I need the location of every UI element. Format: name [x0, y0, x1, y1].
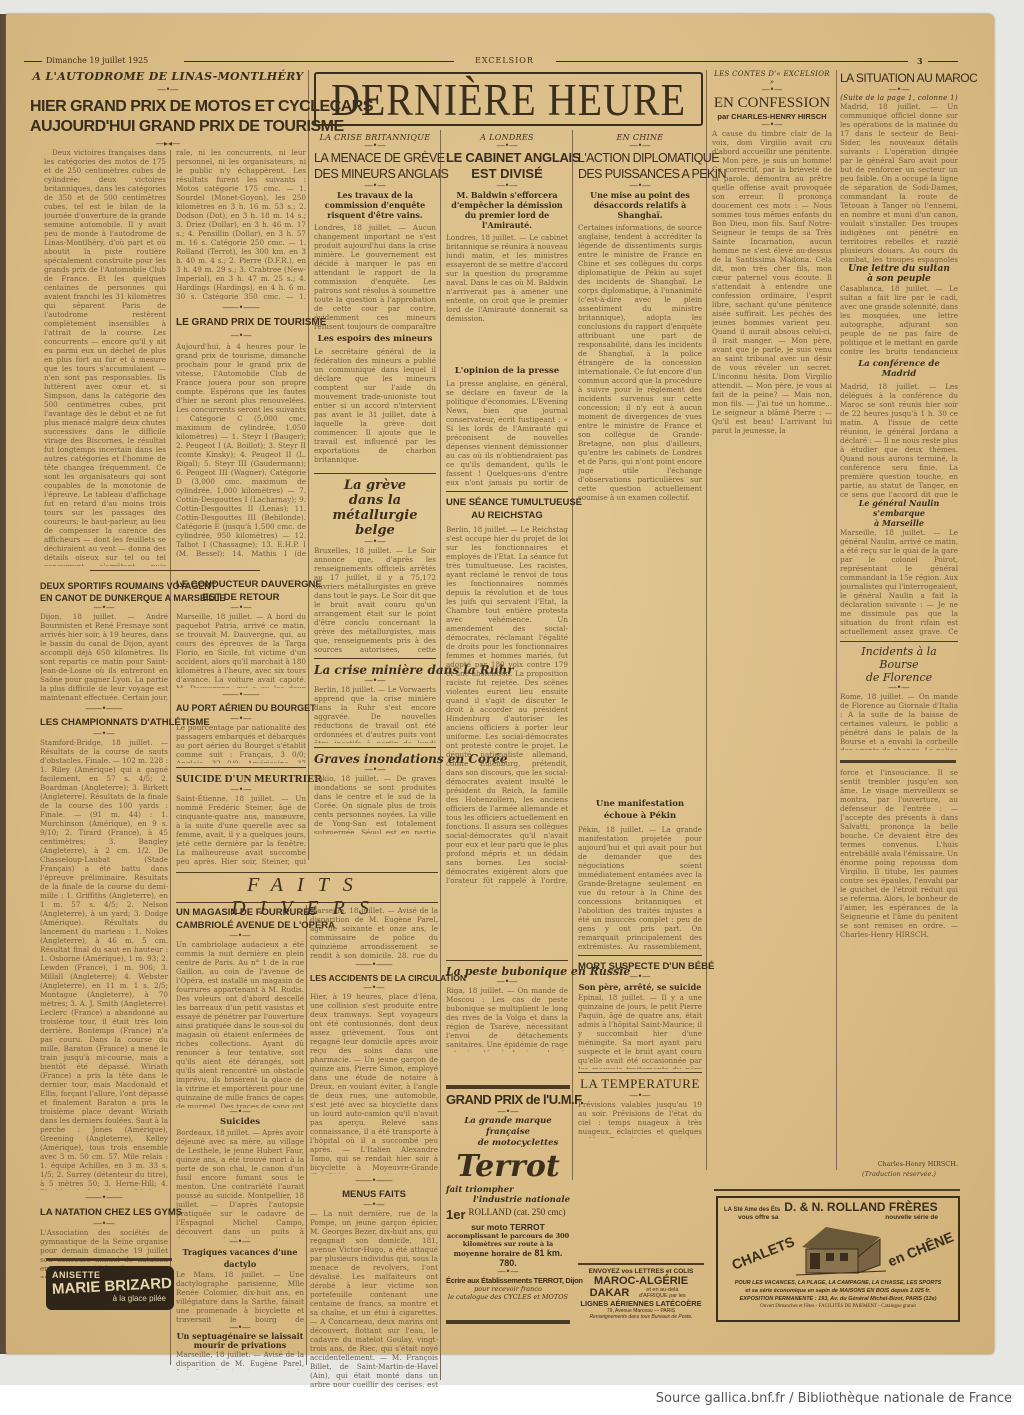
body-text: Un cambriolage audacieux a été commis la… — [176, 940, 304, 1108]
ornament: ――•―― — [310, 1177, 438, 1185]
section-rule — [578, 1072, 702, 1073]
ad-rule — [578, 1263, 704, 1265]
masthead-rule — [184, 61, 454, 62]
body-text: Aujourd'hui, à 4 heures pour le grand pr… — [176, 342, 306, 558]
body-text: Epinal, 18 juillet. — Il y a une quinzai… — [578, 993, 702, 1069]
headline: Graves inondations en Corée — [314, 752, 436, 766]
headline: UN MAGASIN DE FOURRURES — [176, 906, 304, 919]
masthead-paper-name: EXCELSIOR — [475, 56, 534, 65]
article-autodrome: A L'AUTODROME DE LINAS-MONTLHÉRY ―•― HIE… — [30, 70, 306, 151]
headline: LA MENACE DE GRÈVE — [314, 150, 436, 166]
section-rule — [176, 902, 438, 903]
masthead-rule — [928, 61, 958, 62]
ornament: ―•― — [446, 1268, 570, 1276]
ornament: ―•― — [446, 142, 568, 150]
subhead: La conférence de Madrid — [840, 359, 958, 379]
ornament: ―▸◂― — [30, 140, 306, 148]
ornament: ―•― — [176, 786, 306, 794]
headline: DES MINEURS ANGLAIS — [314, 166, 436, 182]
column-rule — [572, 130, 573, 1180]
ornament: ―•― — [30, 86, 306, 94]
body-text: Le pourcentage par nationalité des passa… — [176, 723, 306, 763]
headline: LE CABINET ANGLAIS — [446, 150, 568, 166]
ad-line: MAROC-ALGÉRIE — [578, 1275, 704, 1287]
article-chine: EN CHINE ―•― L'ACTION DIPLOMATIQUE DES P… — [578, 133, 702, 1138]
ad-brand-logo: Terrot — [446, 1149, 570, 1185]
body-text: Marseille, 18 juillet. — Avisé de la dis… — [310, 906, 438, 958]
article-maroc: LA SITUATION AU MAROC ―•― (Suite de la p… — [840, 70, 958, 750]
headline: LES CHAMPIONNATS D'ATHLÉTISME — [40, 716, 168, 730]
article-dauvergne: LE CONDUCTEUR DAUVERGNE EST DE RETOUR ―•… — [176, 578, 306, 866]
section-rule — [90, 570, 260, 571]
signature: Charles-Henry HIRSCH. — [840, 1160, 958, 1168]
subhead: Les espoirs des mineurs — [314, 333, 436, 345]
subhead: Une lettre du sultan — [840, 264, 958, 274]
ornament: ―•― — [310, 984, 438, 992]
ad-marie-brizard: ANISETTE MARIE BRIZARD à la glace pilée — [46, 1266, 174, 1310]
body-text: Dijon, 18 juillet. — André Bourmisten et… — [40, 612, 168, 702]
ad-line: sur moto TERROT — [446, 1222, 570, 1232]
article-confession: LES CONTES D'« EXCELSIOR » ―•― EN CONFES… — [712, 70, 832, 999]
headline: AUJOURD'HUI GRAND PRIX DE TOURISME — [30, 117, 306, 137]
section-rule — [176, 872, 438, 873]
section-rule — [578, 955, 702, 956]
ad-line: EXPOSITION PERMANENTE : 193, Av. du Géné… — [718, 1295, 958, 1303]
section-rule — [446, 960, 568, 961]
body-text: Marseille, 18 juillet. — A bord du paque… — [176, 612, 306, 688]
ornament: ――•―― — [176, 304, 306, 312]
ad-rule — [46, 1258, 172, 1261]
body-text: rale, ni les concurrents, ni leur person… — [176, 148, 306, 300]
ad-tagline: de motocyclettes — [446, 1138, 570, 1149]
ad-line: l'industrie nationale — [446, 1195, 570, 1205]
ad-line: ENVOYEZ vos LETTRES et COLIS — [578, 1268, 704, 1275]
section-rule — [446, 491, 568, 492]
ornament: ―•― — [176, 332, 306, 340]
ornament: ―•― — [712, 121, 832, 129]
ad-line: pour recevoir franco — [446, 1285, 570, 1293]
body-text: Hier, à 19 heures, place d'Iéna, une col… — [310, 992, 438, 1174]
ad-rank: 1er — [446, 1207, 466, 1222]
ornament: ―•― — [176, 715, 306, 723]
ornament: ――•―― — [40, 705, 168, 713]
section-rule — [314, 747, 436, 748]
headline: LA NATATION CHEZ LES GYMS — [40, 1206, 168, 1220]
ad-line: et sa série économique en sapin de MAISO… — [718, 1287, 958, 1295]
ornament: ―•― — [310, 1201, 438, 1209]
article-accidents: Marseille, 18 juillet. — Avisé de la dis… — [310, 906, 438, 1387]
body-text: Rome, 18 juillet. — On mande de Florence… — [840, 692, 958, 750]
subhead: Suicides — [176, 1116, 304, 1128]
body-text: Le secrétaire général de la fédération d… — [314, 347, 436, 469]
ad-chalets-rolland: LA Sté Ame des Éts D. & N. ROLLAND FRÈRE… — [716, 1196, 960, 1322]
ornament: ―•― — [40, 1220, 168, 1228]
ornament: ―•― — [40, 604, 168, 612]
article-greve-mineurs: LA CRISE BRITANNIQUE ―•― LA MENACE DE GR… — [314, 133, 436, 834]
headline: LA SITUATION AU MAROC — [840, 70, 958, 86]
headline: LE GRAND PRIX DE TOURISME — [176, 316, 306, 330]
body-text: Berlin, 18 juillet. — Le Vorwaerts appre… — [314, 685, 436, 743]
subhead: à Marseille — [840, 518, 958, 528]
body-text: La presse anglaise, en général, se décla… — [446, 379, 568, 487]
column-rule — [308, 70, 309, 860]
body-text: Marseille, 18 juillet. — Avisé de la dis… — [176, 1350, 304, 1370]
masthead-date: Dimanche 19 juillet 1925 — [46, 56, 148, 65]
ad-tagline: La grande marque française — [446, 1116, 570, 1138]
ornament: ―•― — [840, 684, 958, 692]
ad-title: GRAND PRIX de l'U.M.F. — [446, 1092, 570, 1108]
ad-line: vous offre sa — [738, 1214, 778, 1221]
section-rule — [314, 473, 436, 474]
ad-line: fait triompher — [446, 1185, 570, 1195]
article-fourrures: UN MAGASIN DE FOURRURES CAMBRIOLÉ AVENUE… — [176, 906, 304, 1370]
translation-note: (Traduction réservée.) — [840, 1170, 958, 1178]
body-text: Deux victoires françaises dans les catég… — [44, 148, 166, 566]
article-results: rale, ni les concurrents, ni leur person… — [176, 148, 306, 558]
ornament: ―•― — [176, 1108, 304, 1116]
column-rule — [306, 905, 307, 1365]
column-rule — [706, 70, 707, 1170]
ad-line: moyenne horaire de — [454, 1249, 532, 1258]
ad-line: Ouvert Dimanches et Fêtes - FACILITÉS DE… — [718, 1303, 958, 1311]
body-text: Casablanca, 18 juillet. — Le sultan a fa… — [840, 284, 958, 356]
banner-title: DERNIÈRE HEURE — [331, 72, 686, 126]
ad-rule — [714, 1189, 960, 1191]
deck: Une mise au point des désaccords relatif… — [578, 190, 702, 220]
ad-line: et en au-delà d'AFRIQUE par les — [632, 1287, 692, 1299]
ad-contact: Écrire aux Établissements TERROT, Dijon — [446, 1276, 570, 1285]
ornament: ――•―― — [310, 961, 438, 969]
body-text: Certaines informations, de source anglai… — [578, 223, 702, 795]
ornament: ―•― — [314, 766, 436, 774]
body-text: Bruxelles, 18 juillet. — Le Soir annonce… — [314, 546, 436, 654]
kicker: A L'AUTODROME DE LINAS-MONTLHÉRY — [30, 70, 306, 83]
section-rule — [840, 641, 958, 642]
subhead: L'opinion de la presse — [446, 365, 568, 377]
headline: La grève — [314, 478, 436, 493]
subhead: Un septuagénaire se laissait mourir de p… — [176, 1332, 304, 1350]
body-text: Madrid, 18 juillet. — Les délégués à la … — [840, 382, 958, 498]
ad-terrot: GRAND PRIX de l'U.M.F. ―•― La grande mar… — [446, 1092, 570, 1301]
body-text: Saint-Étienne, 18 juillet. — Un nommé Fr… — [176, 794, 306, 866]
deck: M. Baldwin s'efforcera d'empêcher la dém… — [446, 190, 568, 230]
column-rule — [836, 70, 837, 1170]
body-text: Le Mans, 18 juillet. — Une dactylographe… — [176, 1270, 304, 1324]
banner-derniere-heure: DERNIÈRE HEURE — [314, 72, 703, 126]
ornament: ―•― — [176, 932, 304, 940]
ornament: ―•― — [446, 1108, 570, 1116]
body-text: Marseille, 18 juillet. — Le général Naul… — [840, 528, 958, 638]
ad-line: accomplissant le parcours de 300 kilomèt… — [446, 1232, 570, 1248]
ad-illustration: CHALETS en CHÊNE — [718, 1221, 958, 1279]
ad-word: en CHÊNE — [886, 1229, 956, 1270]
ornament: ―•― — [446, 182, 568, 190]
ad-line: nouvelle série de — [885, 1214, 938, 1221]
ad-latecoere: ENVOYEZ vos LETTRES et COLIS MAROC-ALGÉR… — [578, 1268, 704, 1320]
headline: DEUX SPORTIFS ROUMAINS VOYAGENT — [40, 580, 168, 592]
subhead: Tragiques vacances d'une dactylo — [176, 1246, 304, 1270]
body-text: Prévisions valables jusqu'au 19 au soir.… — [578, 1100, 702, 1138]
headline: AU REICHSTAG — [446, 509, 568, 522]
body-text: Stamford-Bridge, 18 juillet. — Résultats… — [40, 738, 168, 1190]
ornament: ―•― — [314, 677, 436, 685]
ad-line: POUR LES VACANCES, LA PLAGE, LA CAMPAGNE… — [718, 1279, 958, 1287]
suite-note: (Suite de la page 1, colonne 1) — [840, 94, 958, 102]
ornament: ―•― — [314, 182, 436, 190]
subhead: à son peuple — [840, 274, 958, 284]
ad-brand: D. & N. ROLLAND FRÈRES — [784, 1200, 937, 1214]
deck: Son père, arrêté, se suicide — [578, 981, 702, 993]
ornament: ―•― — [578, 182, 702, 190]
body-text: Londres, 18 juillet. — Aucun changement … — [314, 223, 436, 331]
body-text: Madrid, 18 juillet. — Un communiqué offi… — [840, 102, 958, 264]
body-text: Berlin, 18 juillet. — Le Reichstag s'est… — [446, 525, 568, 887]
body-text: Pékin, 18 juillet. — La grande manifesta… — [578, 825, 702, 951]
ornament: ―•― — [578, 1092, 702, 1100]
article-roumains: DEUX SPORTIFS ROUMAINS VOYAGENT EN CANOT… — [40, 580, 168, 1278]
source-credit: Source gallica.bnf.fr / Bibliothèque nat… — [656, 1391, 1012, 1406]
headline: HIER GRAND PRIX DE MOTOS ET CYCLECARS — [30, 97, 306, 117]
headline: UNE SÉANCE TUMULTUEUSE — [446, 496, 568, 509]
body-text: Riga, 18 juillet. — On mande de Moscou :… — [446, 986, 568, 1052]
ad-line: LIGNES AÉRIENNES LATÉCOÈRE — [578, 1299, 704, 1308]
page-number: 3 — [917, 56, 923, 66]
ornament: ―•― — [40, 730, 168, 738]
column-rule — [170, 150, 171, 1365]
ornament: ―•― — [176, 604, 306, 612]
ad-note: Renseignements dans tous Bureaux de Post… — [578, 1314, 704, 1320]
article-cabinet-anglais: A LONDRES ―•― LE CABINET ANGLAIS EST DIV… — [446, 133, 568, 887]
headline: SUICIDE D'UN MEURTRIER — [176, 772, 306, 786]
body-text: Tokio, 18 juillet. — De graves inondatio… — [314, 774, 436, 834]
body-text: A cause du timbre clair de la voix, dom … — [712, 129, 832, 999]
section-rule — [176, 767, 306, 768]
headline: EST DIVISÉ — [446, 166, 568, 182]
body-text: Londres, 18 juillet. — Le cabinet britan… — [446, 233, 568, 363]
subhead: Le général Naulin s'embarque — [840, 498, 958, 518]
headline: LE CONDUCTEUR DAUVERGNE — [176, 578, 306, 591]
body-text: — La nuit dernière, rue de la Pompe, un … — [310, 1209, 438, 1387]
body-text: Bordeaux, 18 juillet. — Après avoir déje… — [176, 1128, 304, 1238]
ornament: ―•― — [712, 86, 832, 94]
ornament: ――•―― — [40, 1194, 168, 1202]
ad-rule — [446, 1320, 570, 1324]
chalet-illustration-icon — [796, 1223, 886, 1279]
deck: Les travaux de la commission d'enquête r… — [314, 190, 436, 220]
article-body: Deux victoires françaises dans les catég… — [44, 148, 166, 566]
headline: LA TEMPERATURE — [578, 1076, 702, 1092]
headline: La crise minière dans la Ruhr — [314, 663, 436, 677]
headline: EN CONFESSION — [712, 94, 832, 112]
headline: Incidents à la Bourse — [840, 645, 958, 671]
ad-line: LA Sté Ame des Éts — [724, 1207, 780, 1213]
ornament: ――•―― — [176, 691, 306, 699]
ad-line: DAKAR — [590, 1287, 630, 1299]
ornament: ―•― — [840, 86, 958, 94]
headline: L'ACTION DIPLOMATIQUE — [578, 150, 702, 166]
headline: DES PUISSANCES A PEKIN — [578, 166, 702, 182]
kicker: LES CONTES D'« EXCELSIOR » — [712, 70, 832, 86]
masthead-rule — [556, 61, 908, 62]
ad-rule — [446, 1085, 570, 1089]
ornament: ―•― — [578, 142, 702, 150]
ornament: ―•― — [314, 538, 436, 546]
masthead-rule — [24, 61, 42, 62]
ad-line: le catalogue des CYCLES et MOTOS — [446, 1293, 570, 1301]
article-confession-continued: force et l'insouciance. Il se sentit tre… — [840, 768, 958, 1158]
ad-word: CHALETS — [729, 1233, 796, 1273]
section-rule — [840, 760, 956, 763]
ad-winner: ROLLAND (cat. 250 cmc) — [469, 1207, 566, 1217]
ornament: ―•― — [314, 142, 436, 150]
section-rule — [314, 658, 436, 659]
body-text: force et l'insouciance. Il se sentit tre… — [840, 768, 958, 939]
subhead: Une manifestation échoue à Pékin — [578, 798, 702, 822]
ornament: ―•― — [176, 1238, 304, 1246]
headline: dans la métallurgie belge — [314, 493, 436, 538]
